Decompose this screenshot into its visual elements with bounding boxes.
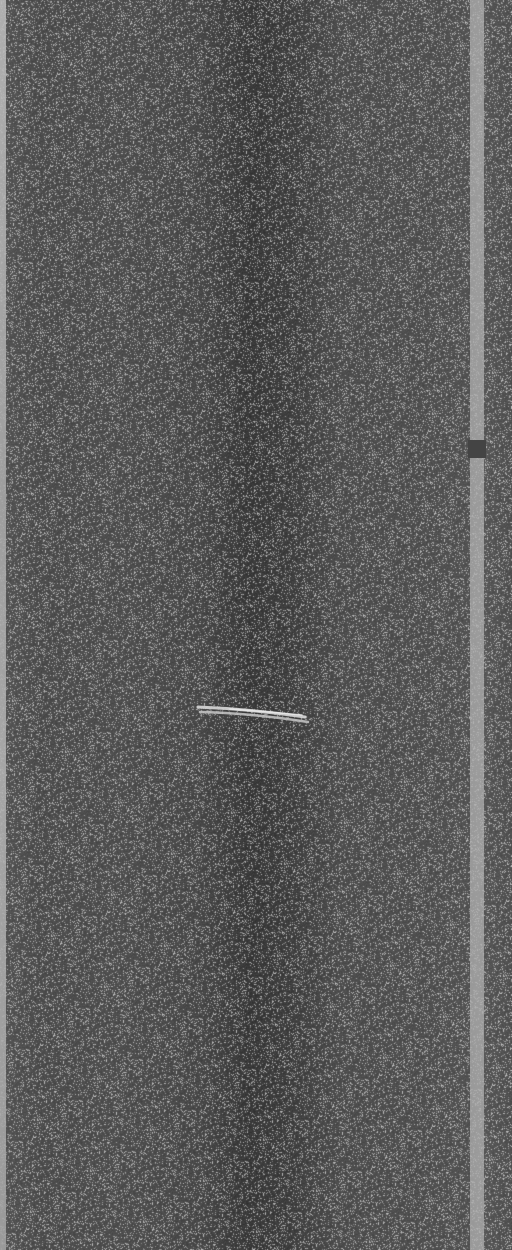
- transverse-crack: [190, 695, 315, 735]
- left-lane-marking: [0, 0, 6, 1250]
- pavement-image: [0, 0, 512, 1250]
- lane-marking-gap: [468, 440, 486, 458]
- asphalt-texture: [0, 0, 512, 1250]
- right-lane-marking: [470, 0, 484, 1250]
